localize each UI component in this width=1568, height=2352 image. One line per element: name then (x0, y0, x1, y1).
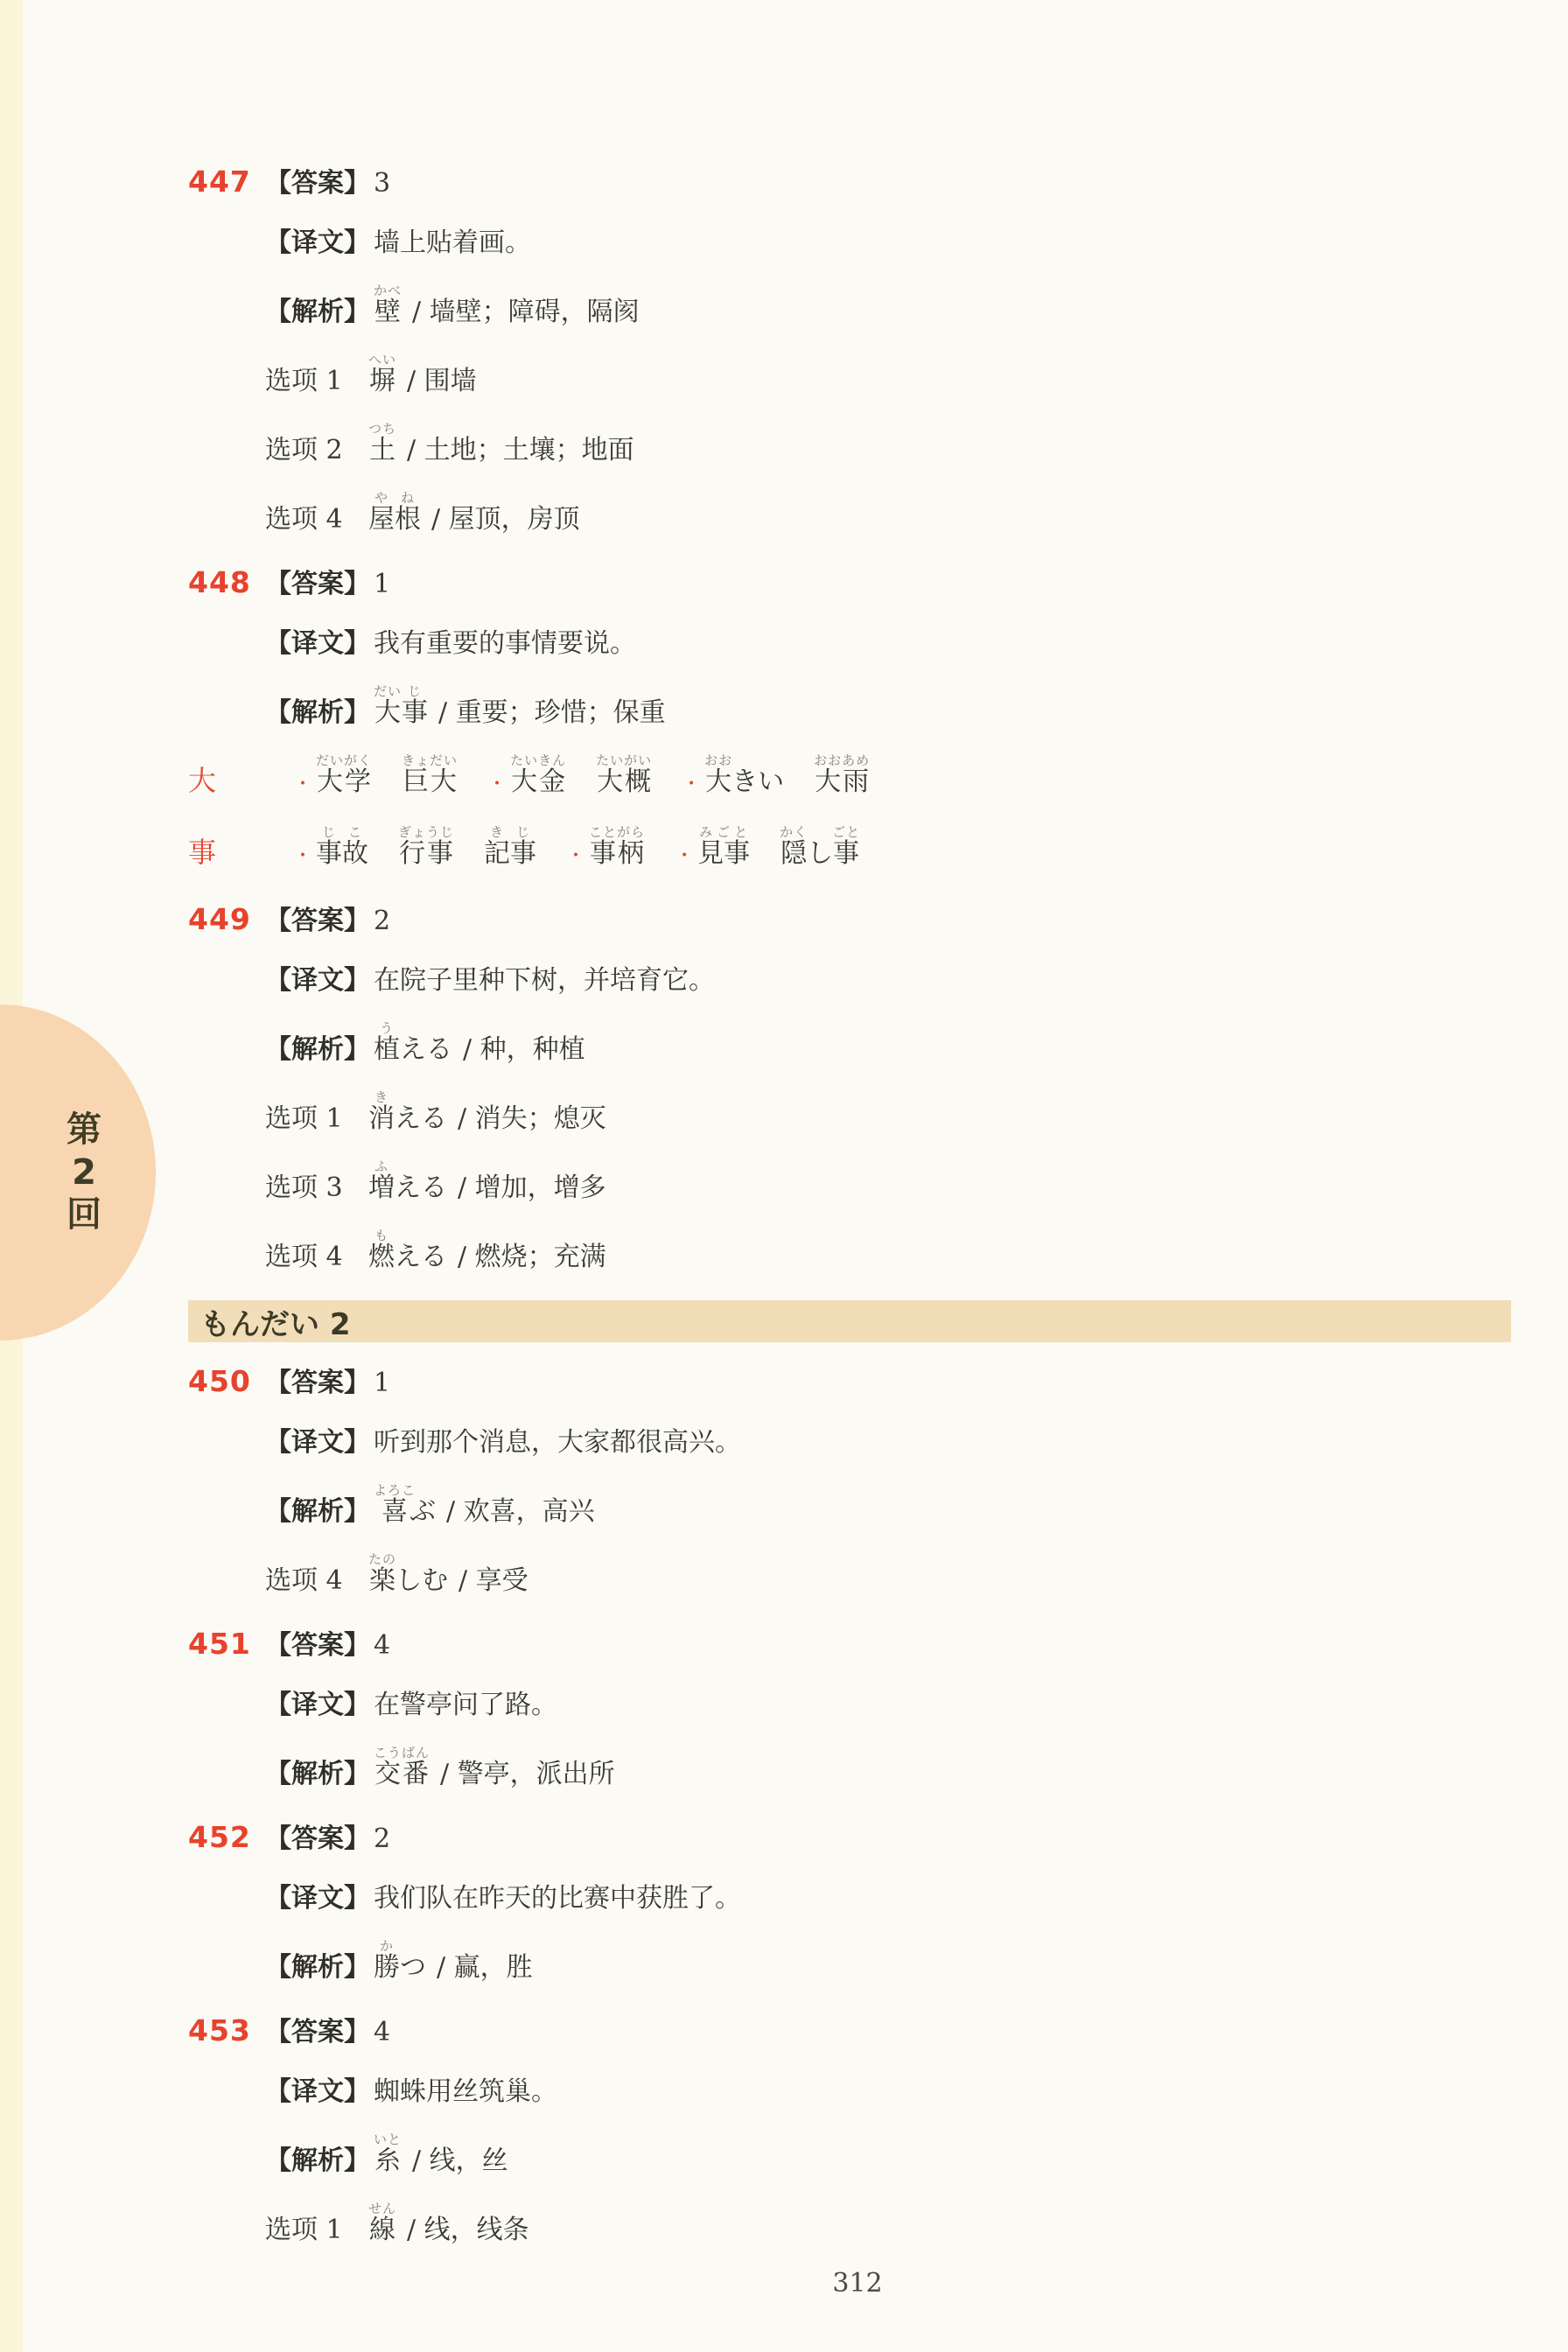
option-meaning: / 消失；熄灭 (458, 1099, 606, 1139)
analysis-label: 【解析】 (265, 693, 370, 733)
bullet-icon: ・ (293, 765, 312, 805)
ruby-segment: 糸いと (374, 2145, 402, 2176)
analysis-meaning: / 种，种植 (463, 1030, 585, 1070)
option-meaning: / 线，线条 (407, 2210, 529, 2250)
bullet-icon: ・ (487, 765, 507, 805)
question-number: 451 (188, 1624, 265, 1664)
translation-line: 【译文】蜘蛛用丝筑巢。 (188, 2072, 1514, 2112)
japanese-word: 見事みごと (697, 824, 750, 874)
translation-text: 在警亭问了路。 (374, 1685, 557, 1725)
answer-item: 452【答案】2【译文】我们队在昨天的比赛中获胜了。【解析】勝かつ/ 赢，胜 (188, 1817, 1514, 1988)
question-number: 447 (188, 162, 265, 202)
answer-line: 451【答案】4 (188, 1624, 1514, 1666)
kanji-head: 事 (188, 832, 265, 872)
bullet-icon: ・ (682, 765, 701, 805)
translation-label: 【译文】 (265, 2072, 370, 2112)
kana-segment: える (400, 1034, 452, 1065)
kanji-head: 大 (188, 760, 265, 801)
analysis-meaning: / 重要；珍惜；保重 (438, 693, 666, 733)
kanji-word-list: ・大学だいがく巨大きょだい・大金たいきん大概たいがい・大おおきい大雨おおあめ (293, 752, 899, 805)
furigana: みごと (697, 824, 750, 840)
ruby-segment: 見事みごと (697, 838, 750, 869)
japanese-word: 隠かくし事ごと (780, 824, 860, 874)
translation-label: 【译文】 (265, 1685, 370, 1725)
answer-label: 【答案】 (265, 164, 370, 204)
answer-value: 4 (374, 2012, 390, 2053)
ruby-segment: 巨大きょだい (402, 766, 458, 797)
ruby-segment: 壁かべ (374, 297, 402, 327)
analysis-meaning: / 赢，胜 (437, 1948, 533, 1988)
ruby-segment: 隠かく (780, 838, 807, 869)
answer-item: 451【答案】4【译文】在警亭问了路。【解析】交番こうばん/ 警亭，派出所 (188, 1624, 1514, 1795)
furigana: ぎょうじ (398, 824, 454, 840)
option-label: 选项 1 (265, 1099, 368, 1139)
analysis-label: 【解析】 (265, 1030, 370, 1070)
answer-item: 448【答案】1【译文】我有重要的事情要说。【解析】大だい事じ/ 重要；珍惜；保… (188, 563, 1514, 877)
furigana: も (368, 1228, 395, 1243)
furigana: きじ (484, 824, 536, 840)
chapter-tab-char: 第 (66, 1109, 101, 1151)
ruby-segment: 喜よろこ (374, 1496, 409, 1527)
furigana: つち (368, 421, 396, 437)
kana-segment: える (395, 1103, 447, 1134)
option-label: 选项 1 (265, 2210, 368, 2250)
japanese-word: 増ふえる (368, 1158, 447, 1208)
answer-line: 447【答案】3 (188, 162, 1514, 204)
translation-line: 【译文】在院子里种下树，并培育它。 (188, 961, 1514, 1001)
furigana: ごと (832, 824, 860, 840)
furigana: ふ (368, 1158, 395, 1174)
furigana: おおあめ (814, 752, 870, 768)
translation-text: 我们队在昨天的比赛中获胜了。 (374, 1879, 741, 1919)
option-label: 选项 3 (265, 1168, 368, 1208)
option-line: 选项 4屋や根ね/ 屋顶，房顶 (188, 490, 1514, 540)
answer-value: 3 (374, 164, 390, 204)
option-meaning: / 围墙 (407, 361, 477, 402)
bullet-icon: ・ (675, 836, 694, 877)
answer-line: 452【答案】2 (188, 1817, 1514, 1859)
ruby-segment: 消き (368, 1103, 395, 1134)
analysis-line: 【解析】交番こうばん/ 警亭，派出所 (188, 1745, 1514, 1795)
furigana: たいがい (596, 752, 652, 768)
answer-label: 【答案】 (265, 564, 370, 605)
japanese-word: 屋や根ね (368, 490, 421, 540)
japanese-word: 大学だいがく (316, 752, 372, 802)
answer-item: 450【答案】1【译文】听到那个消息，大家都很高兴。【解析】喜よろこぶ/ 欢喜，… (188, 1361, 1514, 1601)
furigana: かく (780, 824, 808, 840)
kanji-word: ・大金たいきん (487, 752, 566, 805)
kanji-word: 巨大きょだい (402, 752, 458, 805)
answer-item: 449【答案】2【译文】在院子里种下树，并培育它。【解析】植うえる/ 种，种植选… (188, 899, 1514, 1277)
japanese-word: 喜よろこぶ (374, 1482, 436, 1532)
japanese-word: 植うえる (374, 1020, 452, 1070)
question-number: 449 (188, 899, 265, 940)
option-line: 选项 1塀へい/ 围墙 (188, 352, 1514, 402)
question-number: 448 (188, 563, 265, 603)
answer-value: 1 (374, 564, 390, 605)
kanji-family-row: 事・事故じこ行事ぎょうじ記事きじ・事柄ことがら・見事みごと隠かくし事ごと (188, 824, 1514, 877)
analysis-line: 【解析】勝かつ/ 赢，胜 (188, 1938, 1514, 1988)
kanji-family-row: 大・大学だいがく巨大きょだい・大金たいきん大概たいがい・大おおきい大雨おおあめ (188, 752, 1514, 805)
kana-segment: し (807, 838, 833, 869)
ruby-segment: 土つち (368, 435, 396, 465)
furigana: よろこ (374, 1482, 416, 1498)
option-label: 选项 2 (265, 430, 368, 471)
option-line: 选项 1線せん/ 线，线条 (188, 2201, 1514, 2250)
option-label: 选项 4 (265, 500, 368, 540)
ruby-segment: 屋や (368, 504, 395, 535)
ruby-segment: 事ごと (833, 838, 860, 869)
japanese-word: 巨大きょだい (402, 752, 458, 802)
furigana: だい (374, 683, 402, 699)
chapter-tab: 第2回 (0, 1004, 156, 1340)
kanji-word: 大雨おおあめ (814, 752, 870, 805)
translation-line: 【译文】我们队在昨天的比赛中获胜了。 (188, 1879, 1514, 1919)
answer-line: 453【答案】4 (188, 2011, 1514, 2053)
analysis-label: 【解析】 (265, 292, 370, 332)
japanese-word: 交番こうばん (374, 1745, 430, 1795)
kanji-word: ・事故じこ (293, 824, 368, 877)
japanese-word: 塀へい (368, 352, 396, 402)
answer-item: 447【答案】3【译文】墙上贴着画。【解析】壁かべ/ 墙壁；障碍，隔阂选项 1塀… (188, 162, 1514, 540)
furigana: き (368, 1089, 395, 1105)
japanese-word: 大金たいきん (510, 752, 566, 802)
chapter-tab-char: 回 (66, 1193, 101, 1236)
japanese-word: 事故じこ (316, 824, 368, 874)
analysis-line: 【解析】喜よろこぶ/ 欢喜，高兴 (188, 1482, 1514, 1532)
japanese-word: 燃もえる (368, 1228, 447, 1277)
answer-line: 448【答案】1 (188, 563, 1514, 605)
ruby-segment: 大おお (704, 766, 731, 797)
furigana: ことがら (589, 824, 645, 840)
answer-value: 4 (374, 1626, 390, 1666)
ruby-segment: 交番こうばん (374, 1759, 430, 1789)
kana-segment: つ (400, 1952, 426, 1983)
ruby-segment: 大学だいがく (316, 766, 372, 797)
translation-text: 在院子里种下树，并培育它。 (374, 961, 715, 1001)
question-number: 452 (188, 1817, 265, 1858)
ruby-segment: 行事ぎょうじ (398, 838, 454, 869)
furigana: せん (368, 2201, 396, 2216)
ruby-segment: 大だい (374, 697, 402, 728)
ruby-segment: 大金たいきん (510, 766, 566, 797)
question-number: 453 (188, 2011, 265, 2051)
translation-text: 我有重要的事情要说。 (374, 624, 636, 664)
ruby-segment: 大概たいがい (596, 766, 652, 797)
kana-segment: える (395, 1172, 447, 1203)
translation-label: 【译文】 (265, 223, 370, 263)
japanese-word: 記事きじ (484, 824, 536, 874)
answer-value: 1 (374, 1363, 390, 1403)
japanese-word: 糸いと (374, 2131, 402, 2181)
option-label: 选项 4 (265, 1237, 368, 1277)
option-line: 选项 4楽たのしむ/ 享受 (188, 1551, 1514, 1601)
furigana: いと (374, 2131, 402, 2147)
option-meaning: / 享受 (458, 1561, 528, 1601)
furigana: かべ (374, 283, 402, 298)
translation-line: 【译文】在警亭问了路。 (188, 1685, 1514, 1725)
answer-label: 【答案】 (265, 901, 370, 941)
ruby-segment: 勝か (374, 1952, 400, 1983)
translation-label: 【译文】 (265, 1423, 370, 1463)
analysis-label: 【解析】 (265, 1948, 370, 1988)
question-number: 450 (188, 1361, 265, 1402)
analysis-meaning: / 墙壁；障碍，隔阂 (412, 292, 640, 332)
furigana: おお (704, 752, 732, 768)
analysis-line: 【解析】壁かべ/ 墙壁；障碍，隔阂 (188, 283, 1514, 332)
japanese-word: 大だい事じ (374, 683, 428, 733)
kanji-word: ・事柄ことがら (566, 824, 645, 877)
japanese-word: 壁かべ (374, 283, 402, 332)
japanese-word: 事柄ことがら (589, 824, 645, 874)
furigana: じこ (316, 824, 368, 840)
option-line: 选项 3増ふえる/ 增加，增多 (188, 1158, 1514, 1208)
kana-segment: える (395, 1242, 447, 1272)
furigana: じ (402, 683, 428, 699)
ruby-segment: 根ね (395, 504, 421, 535)
analysis-label: 【解析】 (265, 1754, 370, 1795)
translation-line: 【译文】听到那个消息，大家都很高兴。 (188, 1423, 1514, 1463)
furigana: ね (395, 490, 421, 506)
kana-segment: しむ (395, 1565, 448, 1596)
option-meaning: / 燃烧；充满 (458, 1237, 606, 1277)
translation-label: 【译文】 (265, 1879, 370, 1919)
translation-text: 墙上贴着画。 (374, 223, 531, 263)
furigana: きょだい (402, 752, 458, 768)
japanese-word: 大概たいがい (596, 752, 652, 802)
analysis-label: 【解析】 (265, 1492, 370, 1532)
chapter-tab-label: 第2回 (54, 1109, 101, 1236)
answer-value: 2 (374, 901, 390, 941)
analysis-line: 【解析】植うえる/ 种，种植 (188, 1020, 1514, 1070)
japanese-word: 土つち (368, 421, 396, 471)
ruby-segment: 事柄ことがら (589, 838, 645, 869)
answer-value: 2 (374, 1819, 390, 1859)
kanji-word-list: ・事故じこ行事ぎょうじ記事きじ・事柄ことがら・見事みごと隠かくし事ごと (293, 824, 890, 877)
ruby-segment: 線せん (368, 2215, 396, 2245)
answer-key-content: 447【答案】3【译文】墙上贴着画。【解析】壁かべ/ 墙壁；障碍，隔阂选项 1塀… (188, 162, 1514, 2273)
translation-text: 听到那个消息，大家都很高兴。 (374, 1423, 741, 1463)
option-meaning: / 土地；土壤；地面 (407, 430, 634, 471)
section-banner-label: もんだい 2 (200, 1300, 351, 1343)
furigana: へい (368, 352, 396, 367)
answer-line: 449【答案】2 (188, 899, 1514, 941)
analysis-meaning: / 警亭，派出所 (440, 1754, 615, 1795)
analysis-line: 【解析】大だい事じ/ 重要；珍惜；保重 (188, 683, 1514, 733)
answer-line: 450【答案】1 (188, 1361, 1514, 1403)
ruby-segment: 楽たの (368, 1565, 395, 1596)
answer-label: 【答案】 (265, 1626, 370, 1666)
analysis-meaning: / 欢喜，高兴 (446, 1492, 595, 1532)
ruby-segment: 記事きじ (484, 838, 536, 869)
translation-label: 【译文】 (265, 624, 370, 664)
kana-segment: ぶ (409, 1496, 436, 1527)
translation-text: 蜘蛛用丝筑巢。 (374, 2072, 557, 2112)
ruby-segment: 事故じこ (316, 838, 368, 869)
kanji-word: 行事ぎょうじ (398, 824, 454, 877)
ruby-segment: 大雨おおあめ (814, 766, 870, 797)
japanese-word: 大おおきい (704, 752, 784, 802)
option-line: 选项 2土つち/ 土地；土壤；地面 (188, 421, 1514, 471)
japanese-word: 消きえる (368, 1089, 447, 1139)
bullet-icon: ・ (293, 836, 312, 877)
option-line: 选项 1消きえる/ 消失；熄灭 (188, 1089, 1514, 1139)
analysis-line: 【解析】糸いと/ 线，丝 (188, 2131, 1514, 2181)
translation-label: 【译文】 (265, 961, 370, 1001)
furigana: や (368, 490, 395, 506)
section-banner: もんだい 2 (188, 1300, 1511, 1342)
ruby-segment: 燃も (368, 1242, 395, 1272)
japanese-word: 楽たのしむ (368, 1551, 448, 1601)
answer-label: 【答案】 (265, 1819, 370, 1859)
kanji-word: ・大学だいがく (293, 752, 372, 805)
option-meaning: / 屋顶，房顶 (431, 500, 580, 540)
kanji-word: 記事きじ (484, 824, 536, 877)
answer-item: 453【答案】4【译文】蜘蛛用丝筑巢。【解析】糸いと/ 线，丝选项 1線せん/ … (188, 2011, 1514, 2250)
option-meaning: / 增加，增多 (458, 1168, 606, 1208)
ruby-segment: 事じ (402, 697, 428, 728)
kanji-word: ・大おおきい (682, 752, 784, 805)
page-number: 312 (770, 2268, 945, 2299)
japanese-word: 大雨おおあめ (814, 752, 870, 802)
analysis-label: 【解析】 (265, 2141, 370, 2181)
translation-line: 【译文】我有重要的事情要说。 (188, 624, 1514, 664)
translation-line: 【译文】墙上贴着画。 (188, 223, 1514, 263)
kana-segment: きい (731, 766, 784, 797)
ruby-segment: 塀へい (368, 366, 396, 396)
furigana: う (374, 1020, 400, 1036)
option-line: 选项 4燃もえる/ 燃烧；充满 (188, 1228, 1514, 1277)
kanji-word: ・見事みごと (675, 824, 750, 877)
japanese-word: 行事ぎょうじ (398, 824, 454, 874)
japanese-word: 線せん (368, 2201, 396, 2250)
kanji-word: 隠かくし事ごと (780, 824, 860, 877)
answer-label: 【答案】 (265, 1363, 370, 1403)
option-label: 选项 1 (265, 361, 368, 402)
answer-label: 【答案】 (265, 2012, 370, 2053)
option-label: 选项 4 (265, 1561, 368, 1601)
japanese-word: 勝かつ (374, 1938, 426, 1988)
chapter-tab-char: 2 (72, 1151, 96, 1194)
bullet-icon: ・ (566, 836, 585, 877)
analysis-meaning: / 线，丝 (412, 2141, 508, 2181)
furigana: たいきん (510, 752, 566, 768)
ruby-segment: 増ふ (368, 1172, 395, 1203)
kanji-word: 大概たいがい (596, 752, 652, 805)
furigana: こうばん (374, 1745, 430, 1760)
furigana: か (374, 1938, 400, 1954)
ruby-segment: 植う (374, 1034, 400, 1065)
furigana: だいがく (316, 752, 372, 768)
furigana: たの (368, 1551, 396, 1567)
